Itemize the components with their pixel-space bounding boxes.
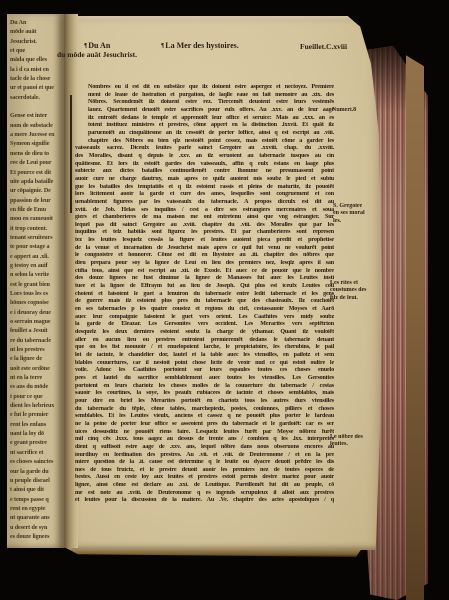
body-text-line: sauoir les courtines, la soye, les peaul… <box>75 390 334 398</box>
facing-text-fragment: e i deuoray deue <box>10 309 62 318</box>
body-text-line: gue les batailles des temptatiōs et q il… <box>75 184 334 192</box>
facing-text-fragment: et que <box>10 47 62 56</box>
body-text-line: mil cinq cēs .lxxx. tous aagez au dessus… <box>75 436 334 444</box>
body-text-line: auec leur compaignie faisoient le guet v… <box>75 314 334 322</box>
facing-text-fragment: mens de dieu to <box>10 150 62 159</box>
facing-text-fragment: Symeon signifie <box>10 140 62 149</box>
body-text-line: lot de iacinte, le chandelier dor, laute… <box>75 352 334 360</box>
facing-text-fragment: sacerdotale. <box>10 94 62 103</box>
body-text-line: de la venue et incarnation de Jesuchrist… <box>75 245 334 253</box>
margin-note-line: Numeri.8 <box>332 107 388 114</box>
margin-note-rites: Les rites etcoustumes desfilz de leui. <box>330 280 386 302</box>
body-text-line: du tabernacle du tēple, cōme tables, mar… <box>75 406 334 414</box>
facing-text-fragment: dient les hebrieux <box>10 402 62 411</box>
body-text-line: en ses tabernacles p les quatre coustez … <box>75 306 334 314</box>
facing-text-fragment: a mere Jucesse en <box>10 131 62 140</box>
body-text-line: dieu prepara pour soy la lignee de Leui … <box>75 260 334 268</box>
folio-number: Fueillet.C.xviii <box>300 42 347 51</box>
body-text-line: de guerre mais ilz estoient plus pres du… <box>75 298 334 306</box>
body-text-line: blables couuertures, car il nestoit poin… <box>75 360 334 368</box>
body-text-line: iourdhuy en lordination des prestres. Au… <box>75 452 334 460</box>
margin-note-gregoire: S. Gregoireen ses moralles. <box>333 203 389 225</box>
margin-note-line: les. <box>333 218 389 225</box>
body-text-line: miere question de la .ii. cause est dete… <box>75 459 334 467</box>
body-text-line: voile. Adonc les Caathites portoient sur… <box>75 367 334 375</box>
body-text-line: que on les fist mouuoir / et enuelopoien… <box>75 344 334 352</box>
facing-text-fragment: u peuple disrael <box>10 477 62 486</box>
running-head-left: ¶Du An <box>84 41 110 50</box>
facing-text-fragment: uant la loy dō <box>10 430 62 439</box>
fleuron-icon: ¶ <box>84 43 87 49</box>
facing-text-fragment: uoit este ordōne <box>10 365 62 374</box>
facing-text-fragment: uite apda bataille <box>10 178 62 187</box>
body-text-line: vaisseaulx sacrez. Diceulx leuites parle… <box>75 145 334 153</box>
facing-text-fragment: nt quarante ans <box>10 514 62 523</box>
margin-note-line: coustumes des <box>330 287 386 294</box>
book-photo: Du Anmōde auātJesuchrist.et quemāda que … <box>0 0 449 600</box>
body-text-line: tuee et la lignee de Effraym fut au lieu… <box>75 283 334 291</box>
facing-text-fragment: g testoy en auif <box>10 262 62 271</box>
body-text-line: auoir cure ne charge dautruy, mais apres… <box>75 176 334 184</box>
margin-rule <box>70 95 72 213</box>
body-text-line: lignee, ainsi cōme est declare au .xxi. … <box>75 482 334 490</box>
facing-text-fragment: ur cōpaignie. De <box>10 187 62 196</box>
facing-text-fragment: t ainsi que dit <box>10 486 62 495</box>
body-text-line: le congnoistre et honnorer. Cōme est dit… <box>75 252 334 260</box>
facing-text-fragment: tenant seruiteurs <box>10 234 62 243</box>
body-text-line: dient q suffisoit estre aage de .xxv. an… <box>75 444 334 452</box>
body-text-line: lauez. Quartement deuoiēt estre sacrific… <box>75 107 334 115</box>
body-text-line: inquilins et telz habitās sont figurez l… <box>75 229 334 237</box>
facing-text-fragment: māda que elles <box>10 56 62 65</box>
facing-text-fragment: e temps passe q <box>10 496 62 505</box>
facing-text-fragment: mōde auāt <box>10 28 62 37</box>
facing-text-fragment: nt sacrifice et <box>10 449 62 458</box>
body-text-line: mes de tous fruictz, et le prestre deuoi… <box>75 467 334 475</box>
margin-note-line: en ses moral <box>333 210 389 217</box>
facing-page-edge: Du Anmōde auātJesuchrist.et quemāda que … <box>7 14 64 548</box>
body-text-line: giers et chamberieres de ma maison me on… <box>75 214 334 222</box>
body-text-line: paruenoiēt au cinquātiesme an ilz cessoi… <box>75 130 334 138</box>
body-text-line: chapitre des Nōbres ou bien qlz nestoiēt… <box>75 138 334 146</box>
facing-text-fragment: ree de Leui pour <box>10 159 62 168</box>
facing-text-fragment: ur et pauoi et que <box>10 84 62 93</box>
body-text-line: pour dire en brief les Merarites portoiē… <box>75 398 334 406</box>
folio-text: Fueillet.C.xviii <box>300 42 347 51</box>
facing-text-fragment: hōmes cognoise <box>10 299 62 308</box>
facing-text-fragment: te pour ostage a <box>10 243 62 252</box>
margin-note-line: filz de leui. <box>330 295 386 302</box>
margin-note-line: Le nōbre des <box>330 434 386 441</box>
facing-text-fragment: est le grant bien <box>10 281 62 290</box>
body-text-line: Nombres ou il est dit en substāce que il… <box>75 84 334 92</box>
facing-text-fragment: e grant prestre <box>10 439 62 448</box>
facing-text-fragment: la i d ca mist en <box>10 66 62 75</box>
cover-board <box>406 52 424 600</box>
facing-text-fragment: o serrain mague <box>10 318 62 327</box>
facing-text-fragment: e fut le premier <box>10 411 62 420</box>
body-text-line: Nōbres. Secondemēt ilz doiuent estre rez… <box>75 99 334 107</box>
facing-text-fragment: ppassion de leur <box>10 197 62 206</box>
facing-text-fragment: it trop content. <box>10 225 62 234</box>
body-text-line: ment de leaue de lustration et purgation… <box>75 92 334 100</box>
running-head-center: ¶La Mer des hystoires. <box>161 41 239 50</box>
body-text-line: aller en aucun lieu ou prestres entroien… <box>75 337 334 345</box>
facing-text-fragment: Lors tous les es <box>10 290 62 299</box>
facing-text-fragment: en filz de Emu <box>10 206 62 215</box>
facing-text-fragment: nt en la terre <box>10 374 62 383</box>
body-text-line: portoient en leurs chariotz les choses m… <box>75 383 334 391</box>
body-text-block: Nombres ou il est dit en substāce que il… <box>75 84 334 505</box>
body-text-line: toient instituez ministres et prestres, … <box>75 122 334 130</box>
facing-text-fragment: t pour ce que <box>10 393 62 402</box>
body-text-line: quātiesme. Et lors ilz estoiēt gardes de… <box>75 161 334 169</box>
running-head-center-text: La Mer des hystoires. <box>165 41 238 50</box>
facing-text-fragment: es ans du mōde <box>10 383 62 392</box>
facing-text-fragment: tacle de la chose <box>10 75 62 84</box>
margin-note-line: S. Gregoire <box>333 203 389 210</box>
facing-text-fragment: Jesuchrist. <box>10 38 62 47</box>
facing-text-fragment: nom de substacle <box>10 122 62 131</box>
body-text-line: des douze lignees ne fust diminue la lig… <box>75 275 334 283</box>
facing-text-fragment: u desert de syn <box>10 524 62 533</box>
body-text-line: lequel pas dit sainct Gregoire au .xviii… <box>75 222 334 230</box>
body-text-line: pees et lautel du sacrifice semblablemen… <box>75 375 334 383</box>
body-text-line: desquelz les deux derniers estoient soub… <box>75 329 334 337</box>
body-text-line: ne la peine de porter leur office se ass… <box>75 421 334 429</box>
body-text-line: des Moralles, disant q depuis le .xxv. a… <box>75 153 334 161</box>
facing-text-fragment: rent les enfans <box>10 421 62 430</box>
margin-note-nombre: Le nōbre desleuites. <box>330 434 386 449</box>
facing-text-fragment: feuillet a Jesuit <box>10 327 62 336</box>
facing-page-text: Du Anmōde auātJesuchrist.et quemāda que … <box>10 19 62 542</box>
body-text-line: me est note au .xviii. de Deuteronome q … <box>75 490 334 498</box>
body-text-line: et leuites pour la discussion de la mati… <box>75 497 334 505</box>
running-head-left-text: Du An <box>88 41 110 50</box>
running-head-left-line2: du mōde auāt Jesuchrist. <box>57 50 137 59</box>
facing-text-fragment: rent en egypte <box>10 505 62 514</box>
body-text-line: ctifia tous, ainsi que est escript au .x… <box>75 268 334 276</box>
margin-note-numeri: Numeri.8 <box>332 107 388 114</box>
body-text-line: la garde de Eleazar. Les Gersonites vers… <box>75 321 334 329</box>
body-text-line: uenablement figurees par les vaisseaulx … <box>75 199 334 207</box>
facing-text-fragment <box>10 103 62 112</box>
body-text-line: subiecte aux dictes batailles continuell… <box>75 168 334 176</box>
body-text-line: bestes. Aussi en ceste loy aux leuites e… <box>75 474 334 482</box>
body-text-line: choient et faisoient le guet a lenuiron … <box>75 291 334 299</box>
body-text-line: ilz entroiēt dedans le temple et appreno… <box>75 115 334 123</box>
margin-note-line: Les rites et <box>330 280 386 287</box>
facing-text-fragment: Et pource est dit <box>10 169 62 178</box>
body-text-line: semblables. Et les Leuites vieulx, ancie… <box>75 413 334 421</box>
facing-text-fragment: e appert au .xli. <box>10 253 62 262</box>
facing-text-fragment: n selon la verite <box>10 271 62 280</box>
fleuron-icon: ¶ <box>161 43 164 49</box>
facing-text-fragment: re du tabernacle <box>10 337 62 346</box>
body-text-line: uices dessusditz ne pouoiēt riens faire.… <box>75 429 334 437</box>
facing-text-fragment: es choses sainctes <box>10 458 62 467</box>
body-text-line: xviii. de Job. Helas ses inquilins / ces… <box>75 207 334 215</box>
body-text-line: lors licitement auoir la garde et cure d… <box>75 191 334 199</box>
body-text-line: tez les leuites lesquelz cessās la figur… <box>75 237 334 245</box>
facing-text-fragment: e la lignee de <box>10 355 62 364</box>
facing-text-fragment: Gense est inter <box>10 112 62 121</box>
running-head-left2-text: du mōde auāt Jesuchrist. <box>57 50 137 59</box>
facing-text-fragment: our la garde du <box>10 468 62 477</box>
facing-text-fragment: Du An <box>10 19 62 28</box>
facing-text-fragment: mou en rameuoit <box>10 215 62 224</box>
facing-text-fragment: es douze lignees <box>10 533 62 542</box>
margin-note-line: leuites. <box>330 441 386 448</box>
facing-text-fragment: nt les prestres <box>10 346 62 355</box>
